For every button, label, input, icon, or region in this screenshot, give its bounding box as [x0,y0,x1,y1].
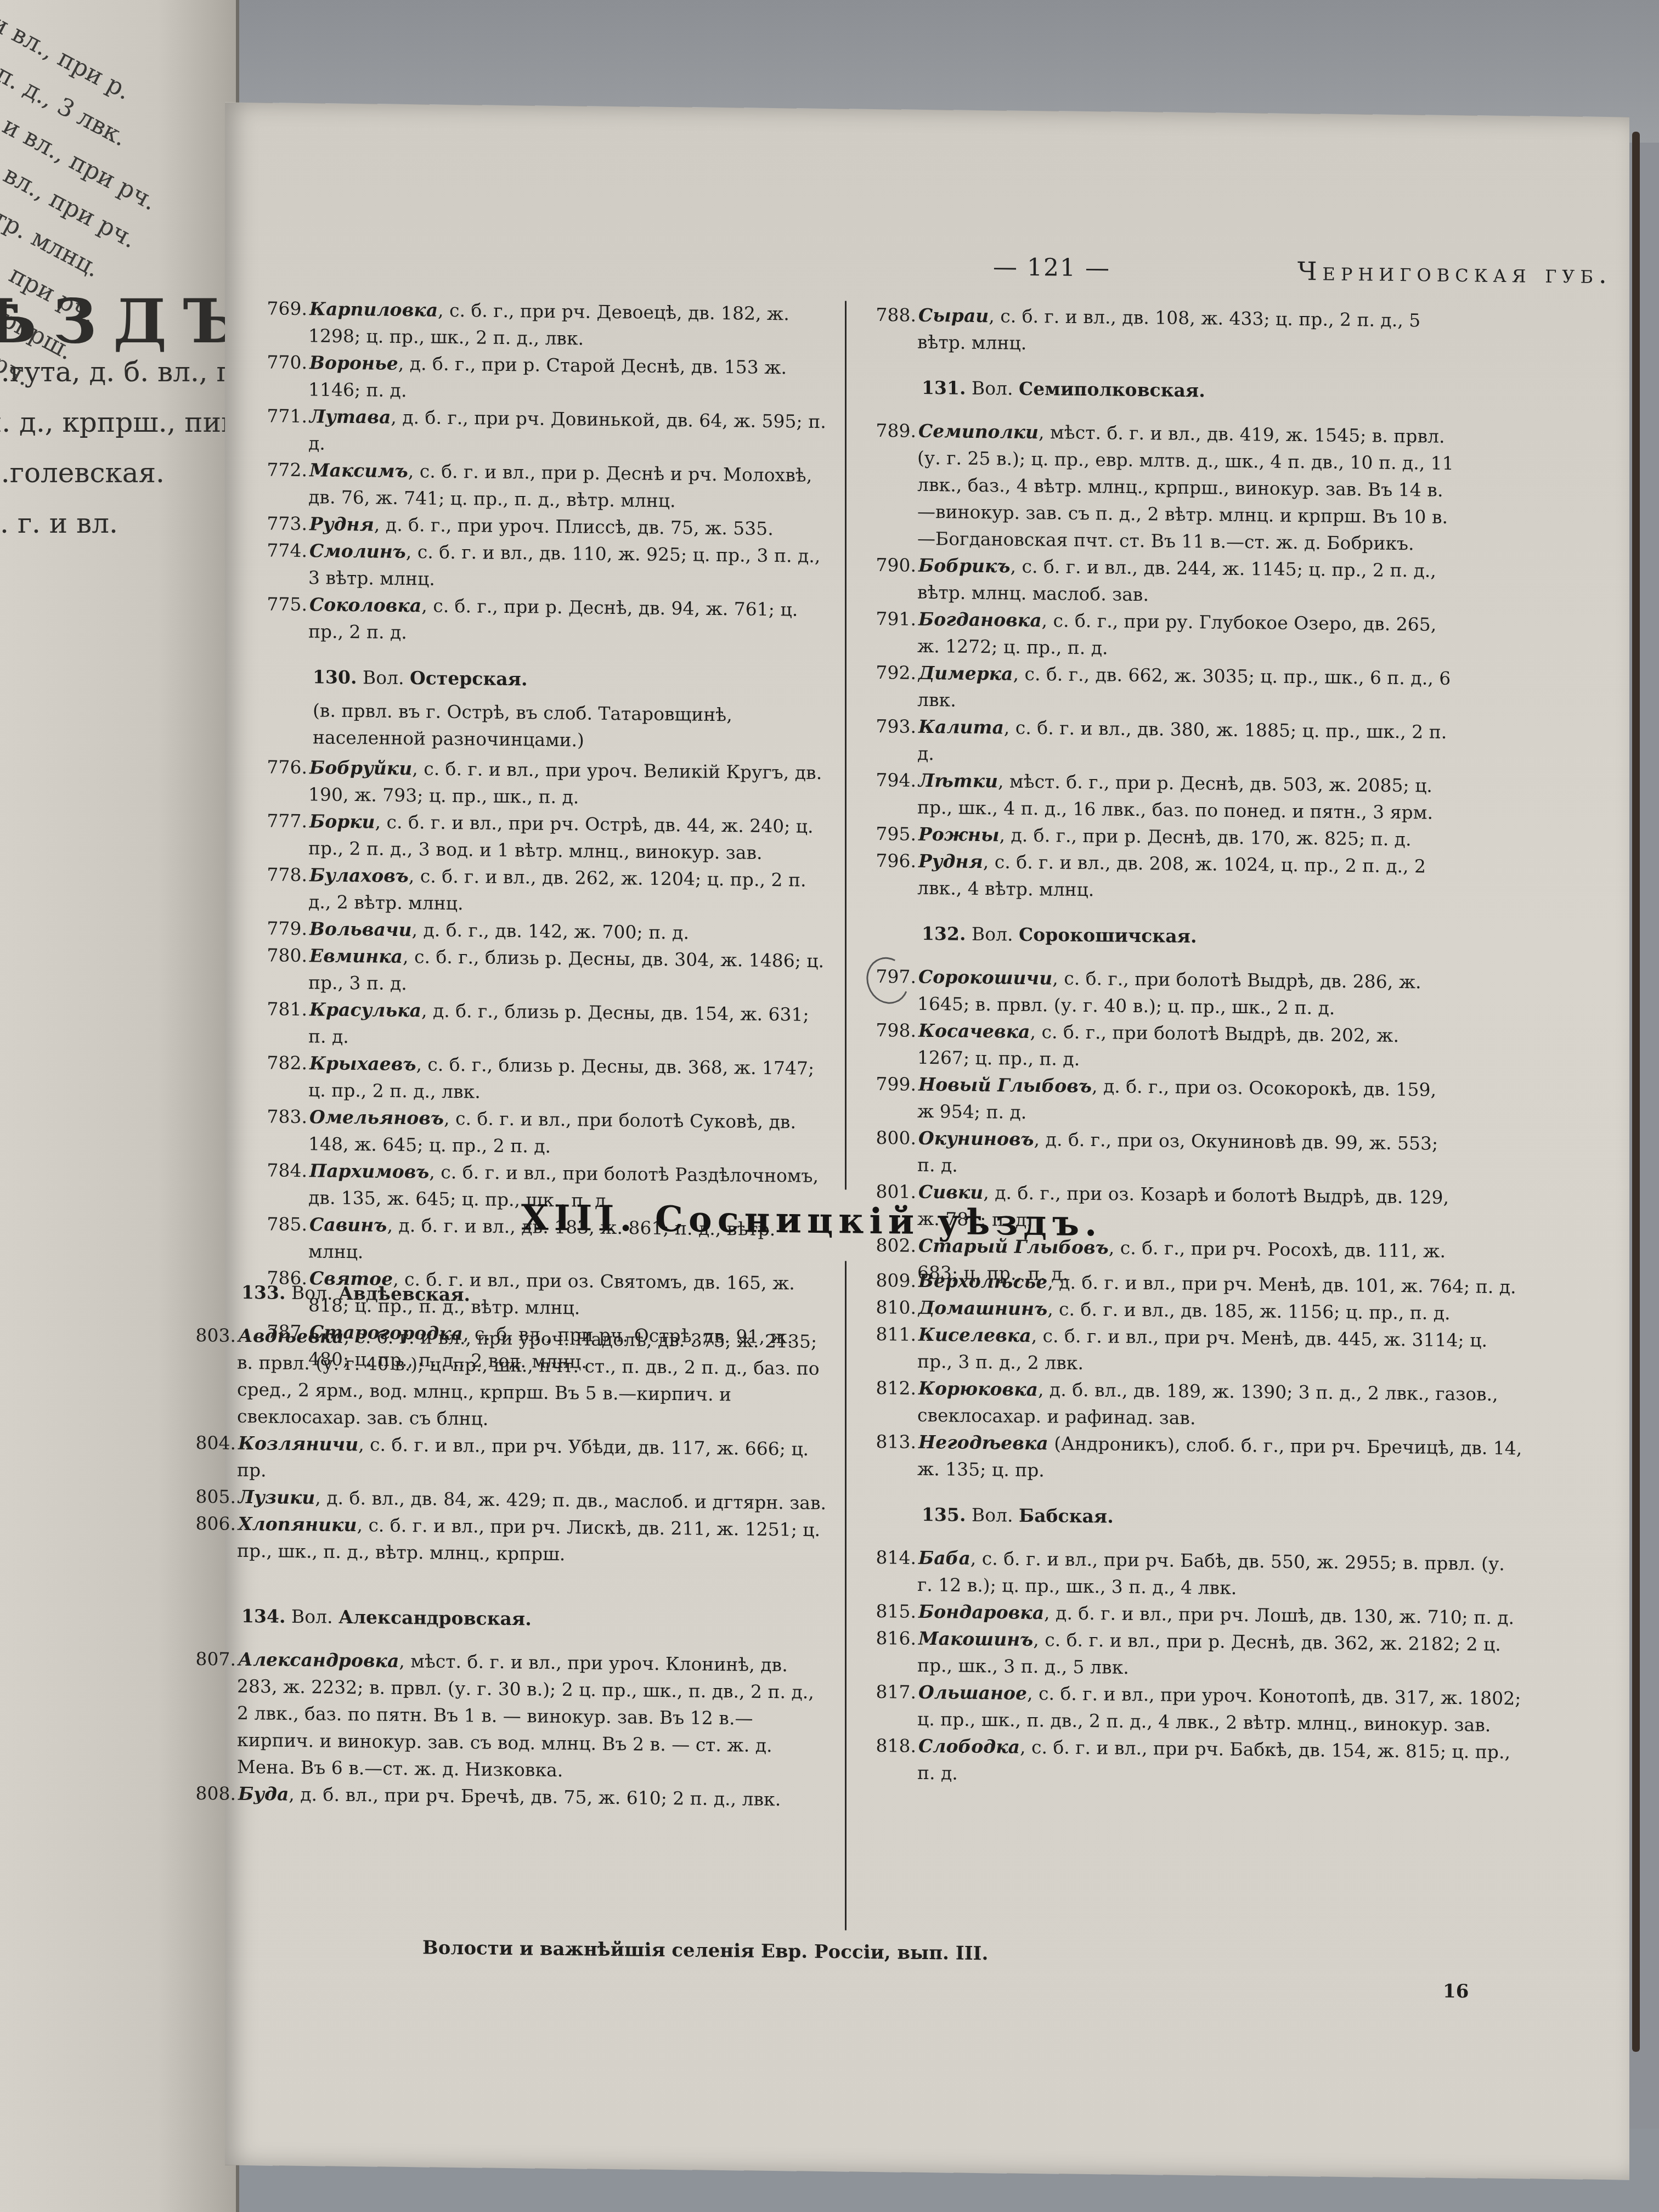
settlement-entry: 772.Максимъ, с. б. г. и вл., при р. Десн… [258,456,828,516]
settlement-entry: 774.Смолинъ, с. б. г. и вл., дв. 110, ж.… [258,537,828,596]
entry-number: 770. [258,348,309,376]
entry-number: 808. [187,1780,238,1807]
entry-list: 788.Сыраи, с. б. г. и вл., дв. 108, ж. 4… [867,301,1454,361]
settlement-details: , с. б. г. и вл., дв. 108, ж. 433; ц. пр… [917,305,1420,354]
settlement-name: Бобруйки [309,757,412,779]
settlement-name: Пархимовъ [309,1160,429,1182]
settlement-entry: 798.Косачевка, с. б. г., при болотѣ Выдр… [867,1017,1454,1076]
settlement-name: Макошинъ [918,1628,1033,1650]
entry-number: 779. [258,915,309,942]
settlement-name: Димерка [918,662,1013,685]
settlement-name: Савинъ [309,1214,387,1235]
settlement-entry: 794.Лѣтки, мѣст. б. г., при р. Деснѣ, дв… [867,766,1454,826]
settlement-details: , с. б. г. и вл., при рч. Острѣ, дв. 44,… [308,811,813,863]
entry-number: 778. [258,861,309,888]
settlement-entry: 778.Булаховъ, с. б. г. и вл., дв. 262, ж… [258,861,828,921]
settlement-name: Бондаровка [918,1601,1044,1623]
settlement-name: Авдѣевка [238,1325,344,1347]
settlement-entry: 814.Баба, с. б. г. и вл., при рч. Бабѣ, … [867,1544,1525,1605]
settlement-entry: 807.Александровка, мѣст. б. г. и вл., пр… [187,1645,828,1786]
entry-number: 785. [258,1210,309,1238]
settlement-name: Верхолѣсье [918,1270,1047,1293]
entry-number: 805. [187,1483,238,1510]
settlement-entry: 790.Бобрикъ, с. б. г. и вл., дв. 244, ж.… [867,551,1454,611]
settlement-entry: 780.Евминка, с. б. г., близь р. Десны, д… [258,941,828,1001]
volost-heading: 133. Вол. Авдѣевская. [187,1278,828,1312]
settlement-name: Хлопяники [238,1513,357,1536]
book-page: — 121 — Черниговская губ. 769.Карпиловка… [225,103,1629,2180]
entry-number: 803. [187,1322,238,1349]
left-page-fragment: г. и вл., при р.зав. п. д., 3 лвк.с. б. … [0,0,239,2212]
book-cover-edge [1632,132,1640,2052]
entry-number: 816. [867,1624,918,1652]
settlement-name: Евминка [309,945,403,967]
entry-number: 780. [258,941,309,969]
settlement-entry: 792.Димерка, с. б. г., дв. 662, ж. 3035;… [867,659,1454,719]
entry-list: 789.Семиполки, мѣст. б. г. и вл., дв. 41… [867,417,1454,907]
entry-number: 811. [867,1321,918,1348]
settlement-name: Слободка [918,1735,1020,1758]
entry-number: 790. [867,551,918,579]
column-divider-upper [845,301,847,1189]
volost-note: (в. првл. въ г. Острѣ, въ слоб. Татаровщ… [258,696,828,756]
entry-number: 800. [867,1124,918,1152]
settlement-details: , с. б. г. и вл., дв. 208, ж. 1024, ц. п… [917,851,1426,900]
settlement-name: Семиполки [918,420,1039,443]
settlement-details: , д. б. г., при уроч. Плиссѣ, дв. 75, ж.… [374,513,774,539]
entry-number: 817. [867,1678,918,1706]
settlement-name: Рудня [309,513,374,535]
entry-number: 777. [258,807,309,834]
settlement-name: Сивки [918,1181,983,1203]
settlement-name: Сорокошичи [918,966,1052,989]
volost-heading: 130. Вол. Остерская. [258,663,828,696]
entry-number: 799. [867,1070,918,1098]
settlement-name: Омельяновъ [309,1106,444,1129]
entry-number: 807. [187,1645,238,1673]
entry-list: 769.Карпиловка, с. б. г., при рч. Девоец… [258,295,828,650]
settlement-details: , с. б. г. и вл., при рч. Бабѣ, дв. 550,… [917,1548,1505,1599]
settlement-details: , д. б. г., при р. Деснѣ, дв. 170, ж. 82… [1000,824,1412,850]
entry-list: 803.Авдѣевка, с. б. г. и вл., при уроч. … [187,1322,828,1570]
entry-number: 769. [258,295,309,322]
entry-number: 783. [258,1103,309,1130]
settlement-name: Домашнинъ [918,1297,1047,1319]
entry-number: 788. [867,301,918,329]
settlement-name: Киселевка [918,1324,1031,1346]
entry-number: 789. [867,417,918,444]
left-page-lines: ...гута, д. б. вл., прип. д., крпрш., пи… [0,347,239,549]
entry-number: 818. [867,1732,918,1759]
settlement-name: Соколовка [309,594,421,616]
settlement-entry: 803.Авдѣевка, с. б. г. и вл., при уроч. … [187,1322,828,1436]
entry-number: 772. [258,456,309,483]
settlement-name: Козляничи [238,1432,358,1455]
entry-number: 792. [867,659,918,686]
settlement-name: Косачевка [918,1020,1030,1042]
settlement-name: Смолинъ [309,540,406,562]
settlement-name: Воронье [309,352,398,374]
settlement-name: Негодѣевка [918,1431,1048,1454]
page-number: — 121 — [993,253,1110,282]
column-lower-right: 809.Верхолѣсье, д. б. г. и вл., при рч. … [867,1267,1525,1793]
uezd-heading: XIII. Сосницкій уѣздъ. [521,1197,1102,1244]
column-lower-left: 133. Вол. Авдѣевская. 803.Авдѣевка, с. б… [187,1260,828,1813]
settlement-name: Ольшаное [918,1681,1027,1704]
settlement-name: Корюковка [918,1378,1038,1400]
settlement-entry: 789.Семиполки, мѣст. б. г. и вл., дв. 41… [867,417,1454,557]
settlement-name: Борки [309,810,375,832]
left-page-line: ...гута, д. б. вл., при [0,347,239,397]
entry-number: 771. [258,402,309,430]
settlement-entry: 813.Негодѣевка (Андроникъ), слоб. б. г.,… [867,1428,1525,1489]
entry-number: 806. [187,1510,238,1537]
settlement-entry: 806.Хлопяники, с. б. г. и вл., при рч. Л… [187,1510,828,1570]
entry-number: 809. [867,1267,918,1294]
settlement-entry: 791.Богдановка, с. б. г., при ру. Глубок… [867,605,1454,665]
entry-number: 813. [867,1428,918,1455]
entry-number: 794. [867,766,918,794]
settlement-name: Булаховъ [309,864,409,887]
settlement-name: Красулька [309,998,421,1021]
entry-number: 774. [258,537,309,564]
column-upper-right: 788.Сыраи, с. б. г. и вл., дв. 108, ж. 4… [867,301,1454,1291]
left-page-line: ...голевская. [0,448,239,498]
entry-number: 812. [867,1374,918,1402]
entry-number: 810. [867,1294,918,1321]
settlement-name: Александровка [238,1649,399,1672]
volost-heading: 132. Вол. Сорокошичская. [867,919,1454,952]
settlement-entry: 812.Корюковка, д. б. вл., дв. 189, ж. 13… [867,1374,1525,1435]
entry-list: 814.Баба, с. б. г. и вл., при рч. Бабѣ, … [867,1544,1525,1793]
volost-heading: 134. Вол. Александровская. [187,1602,828,1635]
settlement-entry: 782.Крыхаевъ, с. б. г., близь р. Десны, … [258,1049,828,1109]
province-title: Черниговская губ. [1297,256,1612,289]
settlement-name: Лѣтки [918,770,998,792]
volost-heading: 135. Вол. Бабская. [867,1500,1525,1534]
entry-number: 782. [258,1049,309,1076]
entry-number: 815. [867,1598,918,1625]
settlement-entry: 818.Слободка, с. б. г. и вл., при рч. Ба… [867,1732,1525,1793]
entry-number: 798. [867,1017,918,1044]
settlement-entry: 817.Ольшаное, с. б. г. и вл., при уроч. … [867,1678,1525,1739]
column-divider-lower [845,1261,847,1930]
entry-number: 776. [258,753,309,781]
entry-number: 796. [867,847,918,874]
settlement-entry: 775.Соколовка, с. б. г., при р. Деснѣ, д… [258,590,828,650]
settlement-details: , с. б. г. и вл., дв. 185, ж. 1156; ц. п… [1047,1298,1450,1324]
settlement-name: Лутава [309,405,391,428]
settlement-entry: 796.Рудня, с. б. г. и вл., дв. 208, ж. 1… [867,847,1454,907]
settlement-details: , д. б. г. и вл., при рч. Менѣ, дв. 101,… [1047,1271,1516,1297]
settlement-entry: 771.Лутава, д. б. г., при рч. Довинькой,… [258,402,828,462]
entry-number: 781. [258,995,309,1023]
entry-number: 775. [258,590,309,618]
settlement-name: Сыраи [918,304,989,326]
settlement-name: Окуниновъ [918,1127,1034,1150]
entry-number: 793. [867,713,918,740]
settlement-name: Калита [918,716,1004,738]
volost-heading: 131. Вол. Семиполковская. [867,374,1454,407]
settlement-entry: 800.Окуниновъ, д. б. г., при оз, Окунино… [867,1124,1454,1184]
left-page-line: п. д., крпрш., пимокр. [0,397,239,448]
entry-number: 795. [867,820,918,848]
left-page-lower: ѢЗДЪ. ...гута, д. б. вл., прип. д., крпр… [0,296,239,549]
entry-number: 814. [867,1544,918,1571]
settlement-entry: 776.Бобруйки, с. б. г. и вл., при уроч. … [258,753,828,813]
settlement-entry: 777.Борки, с. б. г. и вл., при рч. Острѣ… [258,807,828,867]
settlement-name: Новый Глыбовъ [918,1074,1092,1097]
settlement-entry: 769.Карпиловка, с. б. г., при рч. Девоец… [258,295,828,354]
settlement-details: , д. б. г. и вл., при рч. Лошѣ, дв. 130,… [1044,1602,1514,1628]
settlement-name: Бобрикъ [918,555,1010,577]
entry-number: 804. [187,1429,238,1457]
entry-number: 791. [867,605,918,633]
settlement-details: , д. б. г., дв. 142, ж. 700; п. д. [411,919,689,943]
entry-number: 784. [258,1156,309,1184]
settlement-name: Баба [918,1547,970,1569]
settlement-name: Лузики [238,1486,315,1508]
settlement-name: Богдановка [918,608,1042,631]
settlement-entry: 770.Воронье, д. б. г., при р. Старой Дес… [258,348,828,408]
settlement-name: Вольвачи [309,918,411,940]
settlement-details: , д. б. вл., дв. 84, ж. 429; п. дв., мас… [315,1487,826,1514]
settlement-details: , д. б. вл., при рч. Бречѣ, дв. 75, ж. 6… [289,1784,781,1810]
entry-list: 809.Верхолѣсье, д. б. г. и вл., при рч. … [867,1267,1525,1489]
entry-number: 773. [258,510,309,537]
settlement-entry: 799.Новый Глыбовъ, д. б. г., при оз. Осо… [867,1070,1454,1130]
settlement-name: Крыхаевъ [309,1052,416,1075]
running-header: — 121 — Черниговская губ. [225,245,1629,293]
settlement-entry: 788.Сыраи, с. б. г. и вл., дв. 108, ж. 4… [867,301,1454,361]
entry-list: 807.Александровка, мѣст. б. г. и вл., пр… [187,1645,828,1813]
settlement-entry: 793.Калита, с. б. г. и вл., дв. 380, ж. … [867,713,1454,772]
settlement-entry: 781.Красулька, д. б. г., близь р. Десны,… [258,995,828,1055]
settlement-name: Рожны [918,823,1000,846]
settlement-name: Буда [238,1783,289,1805]
signature-mark: 16 [1443,1980,1469,2002]
settlement-name: Максимъ [309,459,408,482]
publication-footer: Волости и важнѣйшія селенія Евр. Россіи,… [422,1937,988,1965]
settlement-entry: 816.Макошинъ, с. б. г. и вл., при р. Дес… [867,1624,1525,1685]
settlement-name: Рудня [918,850,983,872]
settlement-entry: 804.Козляничи, с. б. г. и вл., при рч. У… [187,1429,828,1489]
settlement-entry: 797.Сорокошичи, с. б. г., при болотѣ Выд… [867,963,1454,1023]
settlement-entry: 783.Омельяновъ, с. б. г. и вл., при боло… [258,1103,828,1163]
left-page-line: б. г. и вл. [0,498,239,549]
settlement-name: Карпиловка [309,298,438,320]
left-page-heading: ѢЗДЪ. [0,296,239,347]
settlement-entry: 811.Киселевка, с. б. г. и вл., при рч. М… [867,1321,1525,1381]
